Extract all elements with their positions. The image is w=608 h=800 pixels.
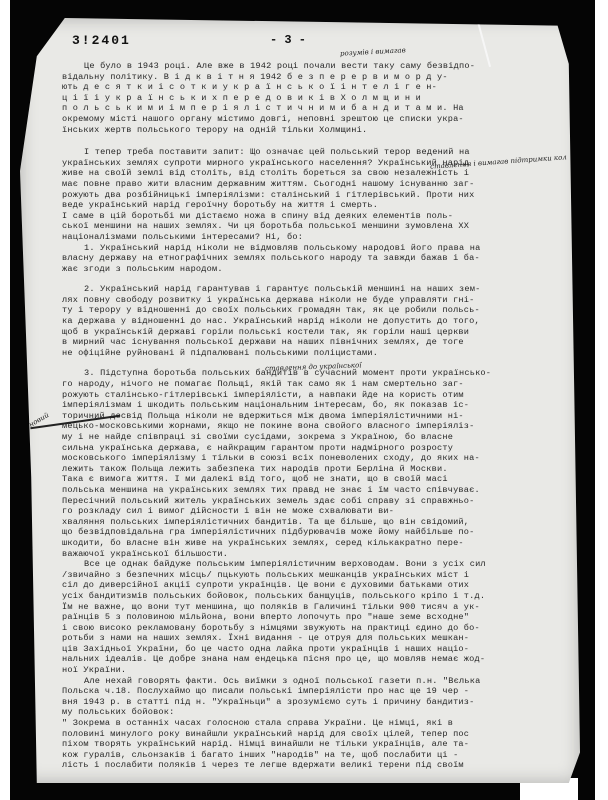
text-line: рожують два розбійницькі імперіялізми: с… <box>62 190 562 201</box>
text-line: сильна українська держава, є найкращим г… <box>62 443 562 454</box>
text-line: щоб в українській державі горіли польськ… <box>62 327 562 338</box>
paragraph-p2: I тепер треба поставити запит: Що означа… <box>62 147 562 242</box>
text-line: нальних ідеалів. Це добре знана нам енде… <box>62 654 562 665</box>
text-line: половині минулого року винайшли українсь… <box>62 729 562 740</box>
text-line: 2. Український нарід гарантував і гарант… <box>62 284 562 295</box>
text-line: що безвідповідальна гра імперіялістичних… <box>62 527 562 538</box>
text-line: лість і послабити поляків і через те лег… <box>62 760 562 771</box>
text-line: 3. Підступна боротьба польських бандитів… <box>62 368 562 379</box>
text-line: в мирний час існування польської держави… <box>62 337 562 348</box>
text-line: Все це однак байдуже польським імперіялі… <box>62 559 562 570</box>
text-line: му польських бойовок: <box>62 707 562 718</box>
paragraph-p7: Але нехай говорять факти. Ось виїмки з о… <box>62 676 562 771</box>
archive-number: 3!2401 <box>72 33 131 48</box>
text-line: українських землях супроти мирного украї… <box>62 158 562 169</box>
paragraph-p1: Це було в 1943 році. Але вже в 1942 році… <box>62 61 562 135</box>
text-line: веде український нарід героїчну боротьбу… <box>62 200 562 211</box>
text-line: п о л ь с ь к и м и і м п е р і я л і с … <box>62 103 562 114</box>
text-line: " Зокрема в останніх часах голосною стал… <box>62 718 562 729</box>
text-line: Але нехай говорять факти. Ось виїмки з о… <box>62 676 562 687</box>
text-line: усіх бандитизмів польських бойовок, поль… <box>62 591 562 602</box>
text-line: не офіційне руйновані й підпалювані поль… <box>62 348 562 359</box>
text-line: /звичайно з безпечних місць/ пцькують по… <box>62 570 562 581</box>
text-line: Це було в 1943 році. Але вже в 1942 році… <box>62 61 562 72</box>
text-line: націоналізмами польськими інтересами? Ні… <box>62 232 562 243</box>
text-line: Їм не важне, що вони тут меншина, що пол… <box>62 602 562 613</box>
text-line: Така є вимога життя. I ми далекі від тог… <box>62 474 562 485</box>
text-line: відальну політику. В і д к в і т н я 194… <box>62 72 562 83</box>
text-line: важаючої української більшости. <box>62 549 562 560</box>
paragraph-p6: Все це однак байдуже польським імперіялі… <box>62 559 562 676</box>
text-line: ка держава у відношенні до нас. Українсь… <box>62 316 562 327</box>
text-line: ц і ї і у к р а ї н с ь к и х п е р е д … <box>62 93 562 104</box>
text-line: польська меншина на українських землях т… <box>62 485 562 496</box>
text-line: імперіялізмам і шкодить польським націон… <box>62 400 562 411</box>
text-line: раїнців 5 з половиною мільйона, вони впе… <box>62 612 562 623</box>
text-line: сіл до диверсійної акції супроти українц… <box>62 580 562 591</box>
text-line: ної України. <box>62 665 562 676</box>
text-line: рожують сталінсько-гітлерівські імперіял… <box>62 390 562 401</box>
text-line: ротьби з нами на наших землях. Їхні вида… <box>62 633 562 644</box>
text-line: шкодити, бо власне він живе на українськ… <box>62 538 562 549</box>
text-line: окремому місті нашого органу містимо дов… <box>62 114 562 125</box>
text-line: ють д е с я т к и і с о т к и у к р а ї … <box>62 82 562 93</box>
text-line: хваляння польських імперіялістичних банд… <box>62 517 562 528</box>
text-line: московського імперіялізму і тільки в сою… <box>62 453 562 464</box>
text-line: Польска ч.18. Послухаймо що писали польс… <box>62 686 562 697</box>
paragraph-p5: 3. Підступна боротьба польських бандитів… <box>62 368 562 559</box>
text-line: лежить також Польща лежить забезпека тих… <box>62 464 562 475</box>
text-line: ту і терору у відношенні до своїх польсь… <box>62 305 562 316</box>
text-line: 1. Український нарід ніколи не відмовляв… <box>62 243 562 254</box>
text-line: лях повну свободу розвитку і українська … <box>62 295 562 306</box>
text-line: Пересічний польський житель українських … <box>62 496 562 507</box>
paragraph-p4: 2. Український нарід гарантував і гарант… <box>62 284 562 358</box>
paragraph-p3: 1. Український нарід ніколи не відмовляв… <box>62 243 562 275</box>
text-line: їнських жертв польського терору на одній… <box>62 125 562 136</box>
text-line: I саме в цій боротьбі ми дістаємо ножа в… <box>62 211 562 222</box>
text-line: ської меншини на наших землях. Чи ця бор… <box>62 221 562 232</box>
text-line: го народу, нічого не помагає Польщі, які… <box>62 379 562 390</box>
text-line: вня 1943 р. в статті під н. "Україньци" … <box>62 697 562 708</box>
text-line: ців Західньої України, бо це часто одна … <box>62 644 562 655</box>
page-number: - 3 - <box>270 33 306 47</box>
text-line: торичний досвід Польща ніколи не вдержит… <box>62 411 562 422</box>
text-line: жає згоди з польським народом. <box>62 264 562 275</box>
text-line: мецько-московськими жорнами, якщо не пок… <box>62 421 562 432</box>
document-body: Це було в 1943 році. Але вже в 1942 році… <box>62 61 562 771</box>
text-line: го розкладу сил і вимог дійсности і він … <box>62 506 562 517</box>
text-line: власну державу на етнографічних землях п… <box>62 253 562 264</box>
text-line: му і не найде співпраці зі своїми сусіда… <box>62 432 562 443</box>
text-line: і свою високо рекламовану боротьбу з нім… <box>62 623 562 634</box>
document-page: 3!2401 - 3 - розумів і вимагав ставлення… <box>20 18 580 783</box>
handwritten-note: розумів і вимагав <box>340 46 406 57</box>
text-line: кож гуралів, сльонзаків і багато інших "… <box>62 750 562 761</box>
text-line: I тепер треба поставити запит: Що означа… <box>62 147 562 158</box>
text-line: піхом творять український нарід. Німці в… <box>62 739 562 750</box>
text-line: має повне право жити власним державним ж… <box>62 179 562 190</box>
text-line: живе на своїй землі від століть, від сто… <box>62 168 562 179</box>
